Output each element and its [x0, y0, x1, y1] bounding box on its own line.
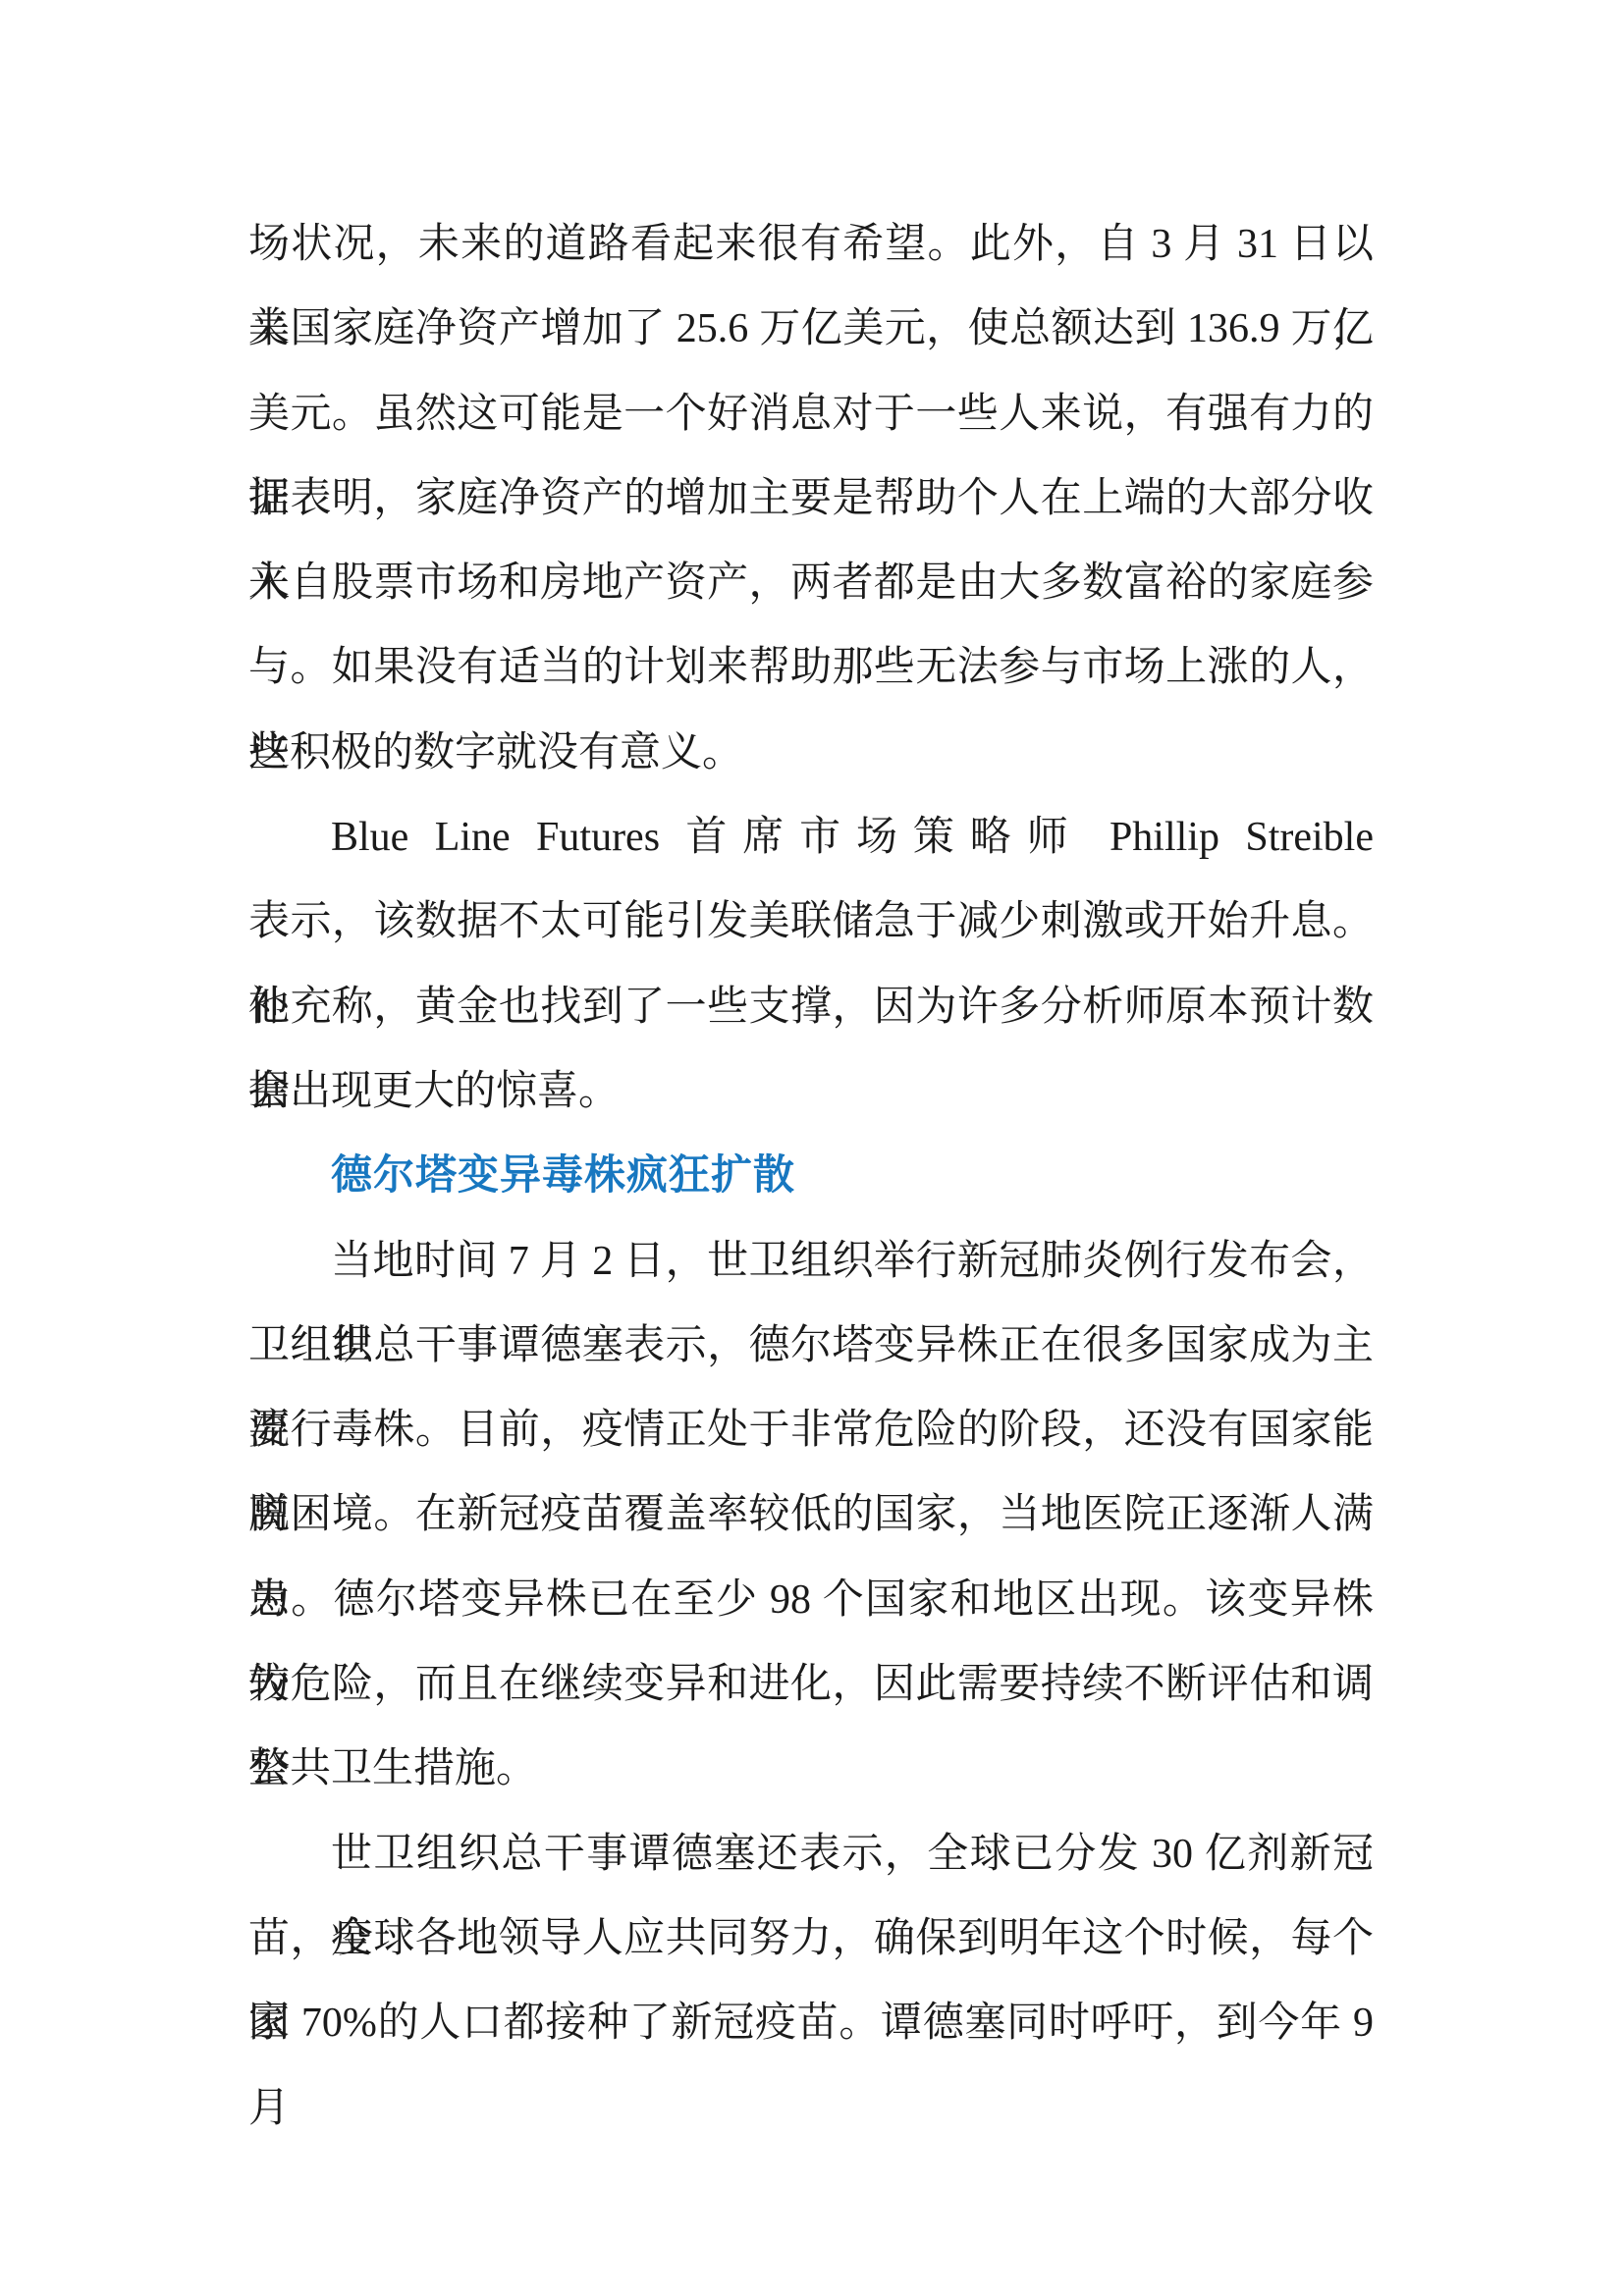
body-text-line: 会出现更大的惊喜。: [248, 1049, 1374, 1134]
body-text-line: 患。德尔塔变异株已在至少 98 个国家和地区出现。该变异株较: [248, 1558, 1374, 1642]
body-text-line: 美元。虽然这可能是一个好消息对于一些人来说，有强有力的证: [248, 372, 1374, 456]
body-text-line: 补充称，黄金也找到了一些支撑，因为许多分析师原本预计数据: [248, 965, 1374, 1049]
body-text-line: 流行毒株。目前，疫情正处于非常危险的阶段，还没有国家能脱: [248, 1388, 1374, 1472]
body-text-line: 据表明，家庭净资产的增加主要是帮助个人在上端的大部分收入: [248, 456, 1374, 541]
body-text-line: 公共卫生措施。: [248, 1727, 1374, 1811]
body-text-line: 美国家庭净资产增加了 25.6 万亿美元，使总额达到 136.9 万亿: [248, 287, 1374, 371]
body-text-line: 些积极的数字就没有意义。: [248, 711, 1374, 795]
body-text-line: 场状况，未来的道路看起来很有希望。此外，自 3 月 31 日以来，: [248, 202, 1374, 287]
body-text-line: 表示，该数据不太可能引发美联储急于减少刺激或开始升息。他: [248, 880, 1374, 964]
body-text-line: 为危险，而且在继续变异和进化，因此需要持续不断评估和调整: [248, 1642, 1374, 1727]
section-heading: 德尔塔变异毒株疯狂扩散: [248, 1134, 1374, 1218]
body-text-line: 来自股票市场和房地产资产，两者都是由大多数富裕的家庭参: [248, 541, 1374, 625]
document-page: 场状况，未来的道路看起来很有希望。此外，自 3 月 31 日以来，美国家庭净资产…: [0, 0, 1624, 2296]
body-text-line: 与。如果没有适当的计划来帮助那些无法参与市场上涨的人，这: [248, 625, 1374, 710]
body-text-line: 离困境。在新冠疫苗覆盖率较低的国家，当地医院正逐渐人满为: [248, 1472, 1374, 1557]
body-text-line: Blue Line Futures 首席市场策略师 Phillip Streib…: [248, 795, 1374, 880]
body-text-line: 苗，全球各地领导人应共同努力，确保到明年这个时候，每个国: [248, 1896, 1374, 1981]
body-text-line: 当地时间 7 月 2 日，世卫组织举行新冠肺炎例行发布会，世: [248, 1219, 1374, 1304]
body-text-line: 卫组织总干事谭德塞表示，德尔塔变异株正在很多国家成为主要: [248, 1304, 1374, 1388]
body-text-line: 世卫组织总干事谭德塞还表示，全球已分发 30 亿剂新冠疫: [248, 1812, 1374, 1896]
body-text-line: 家 70%的人口都接种了新冠疫苗。谭德塞同时呼吁，到今年 9 月: [248, 1981, 1374, 2065]
text-column: 场状况，未来的道路看起来很有希望。此外，自 3 月 31 日以来，美国家庭净资产…: [248, 202, 1374, 2066]
